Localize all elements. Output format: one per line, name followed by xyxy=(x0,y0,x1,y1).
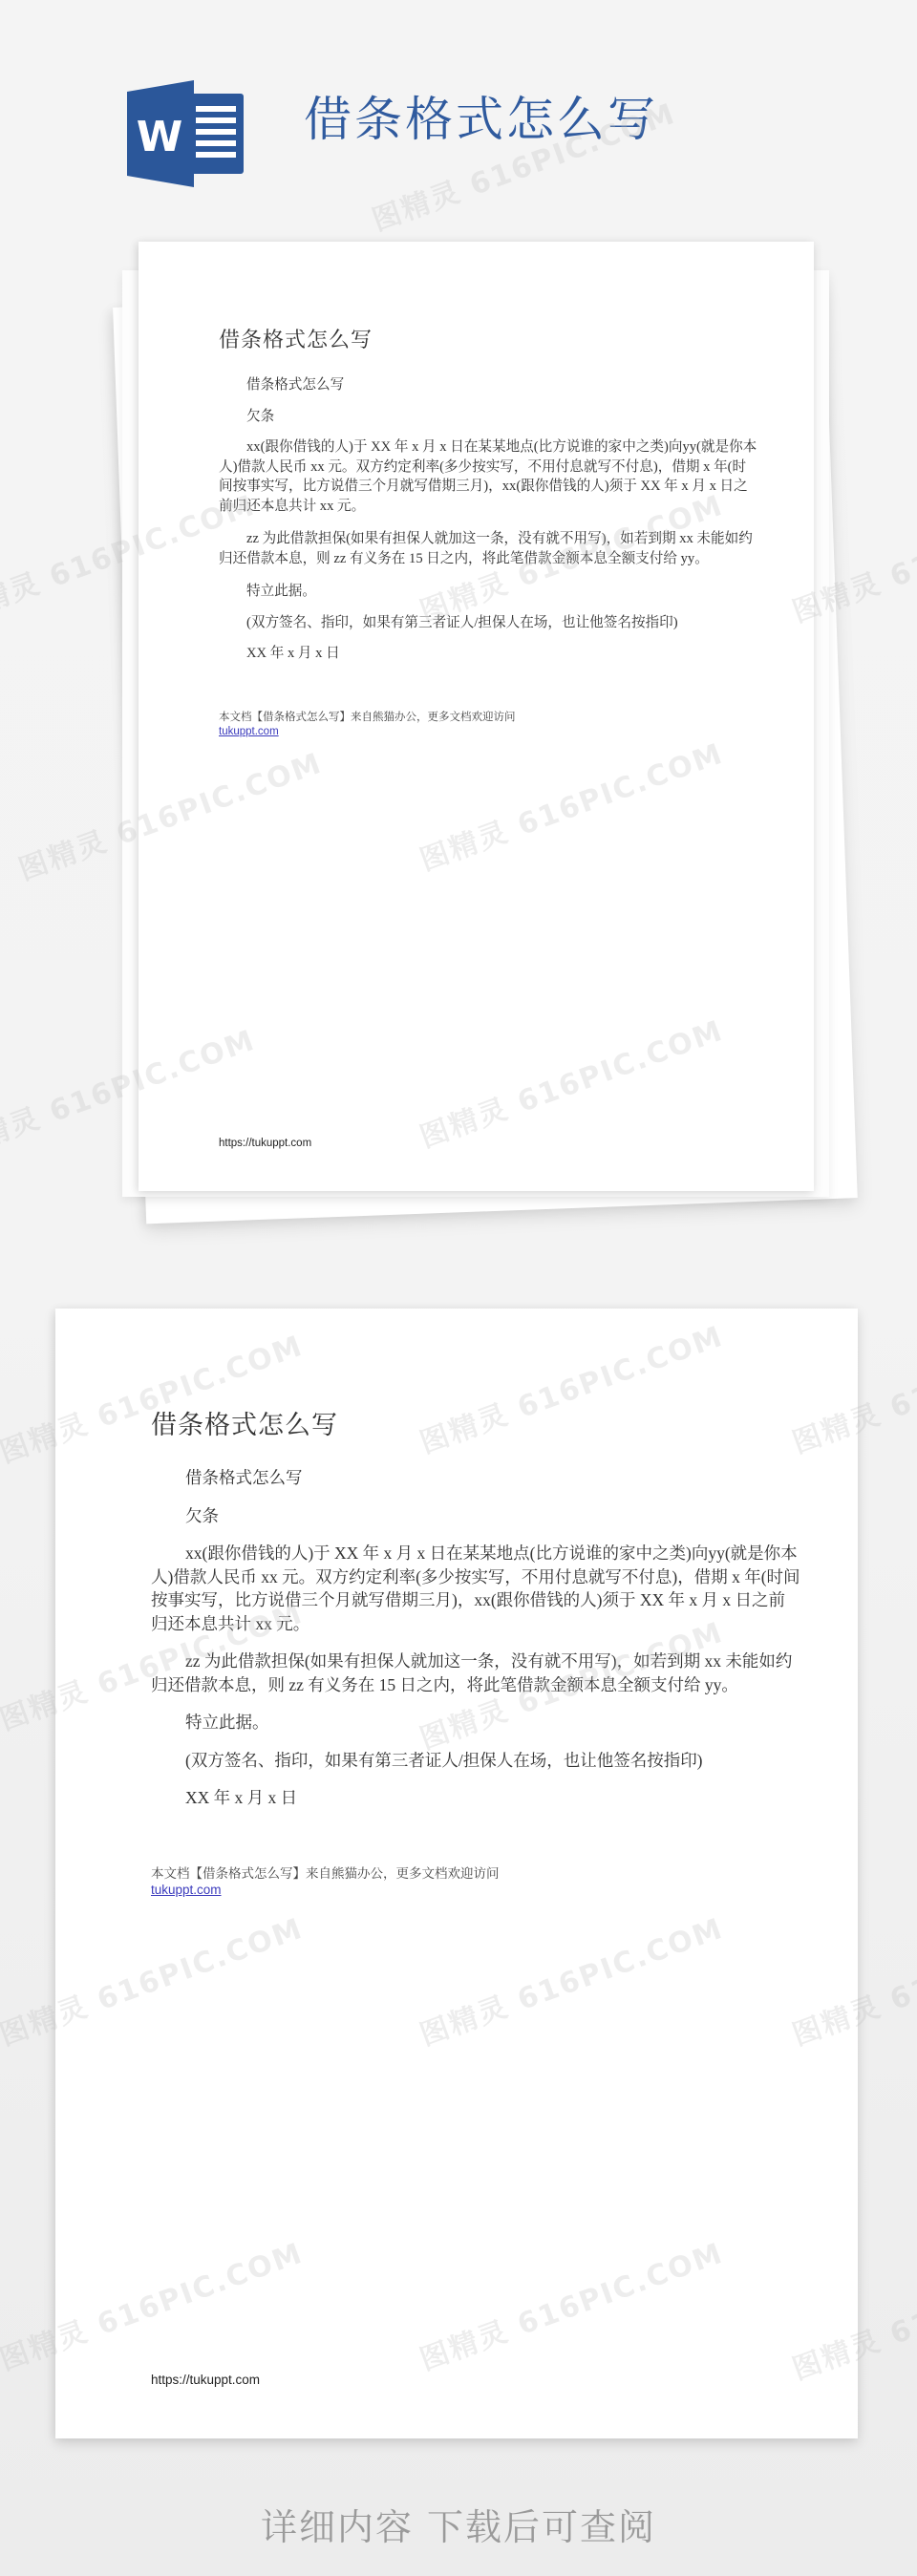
paragraph-date: XX 年 x 月 x 日 xyxy=(151,1786,800,1810)
document-preview-large: 借条格式怎么写 借条格式怎么写 欠条 xx(跟你借钱的人)于 XX 年 x 月 … xyxy=(55,1309,858,2438)
document-heading: 欠条 xyxy=(151,1504,800,1528)
paragraph-signature-note: (双方签名、指印，如果有第三者证人/担保人在场，也让他签名按指印) xyxy=(151,1749,800,1773)
document-title: 借条格式怎么写 xyxy=(151,1404,338,1441)
paragraph-guarantee: zz 为此借款担保(如果有担保人就加这一条，没有就不用写)，如若到期 xx 未能… xyxy=(219,529,759,568)
source-link[interactable]: tukuppt.com xyxy=(219,726,279,737)
paragraph-declaration: 特立此据。 xyxy=(219,582,759,602)
source-note-text: 本文档【借条格式怎么写】来自熊猫办公，更多文档欢迎访问 xyxy=(151,1865,500,1882)
paragraph-loan-terms: xx(跟你借钱的人)于 XX 年 x 月 x 日在某某地点(比方说谁的家中之类)… xyxy=(219,437,759,516)
header-title: 借条格式怎么写 xyxy=(304,96,658,143)
paragraph-date: XX 年 x 月 x 日 xyxy=(219,644,759,664)
download-prompt: 详细内容 下载后可查阅 xyxy=(0,2498,917,2550)
source-link[interactable]: tukuppt.com xyxy=(151,1883,222,1897)
document-preview-small: 借条格式怎么写 借条格式怎么写 欠条 xx(跟你借钱的人)于 XX 年 x 月 … xyxy=(139,242,814,1191)
source-note: 本文档【借条格式怎么写】来自熊猫办公，更多文档欢迎访问 tukuppt.com xyxy=(151,1865,500,1898)
source-note-text: 本文档【借条格式怎么写】来自熊猫办公，更多文档欢迎访问 xyxy=(219,711,516,725)
paragraph-declaration: 特立此据。 xyxy=(151,1711,800,1735)
paragraph-loan-terms: xx(跟你借钱的人)于 XX 年 x 月 x 日在某某地点(比方说谁的家中之类)… xyxy=(151,1542,800,1635)
page-footer-url: https://tukuppt.com xyxy=(151,2373,260,2387)
document-subtitle: 借条格式怎么写 xyxy=(219,375,759,395)
svg-text:W: W xyxy=(137,113,183,161)
document-heading: 欠条 xyxy=(219,407,759,427)
paragraph-signature-note: (双方签名、指印，如果有第三者证人/担保人在场，也让他签名按指印) xyxy=(219,613,759,633)
paragraph-guarantee: zz 为此借款担保(如果有担保人就加这一条，没有就不用写)，如若到期 xx 未能… xyxy=(151,1650,800,1696)
page-header: W 借条格式怎么写 xyxy=(0,0,917,220)
page-footer-url: https://tukuppt.com xyxy=(219,1138,311,1149)
source-note: 本文档【借条格式怎么写】来自熊猫办公，更多文档欢迎访问 tukuppt.com xyxy=(219,711,516,739)
document-body: 借条格式怎么写 欠条 xx(跟你借钱的人)于 XX 年 x 月 x 日在某某地点… xyxy=(219,375,759,675)
word-document-icon: W xyxy=(127,80,245,187)
document-title: 借条格式怎么写 xyxy=(219,324,373,353)
document-subtitle: 借条格式怎么写 xyxy=(151,1466,800,1490)
document-body: 借条格式怎么写 欠条 xx(跟你借钱的人)于 XX 年 x 月 x 日在某某地点… xyxy=(151,1466,800,1824)
